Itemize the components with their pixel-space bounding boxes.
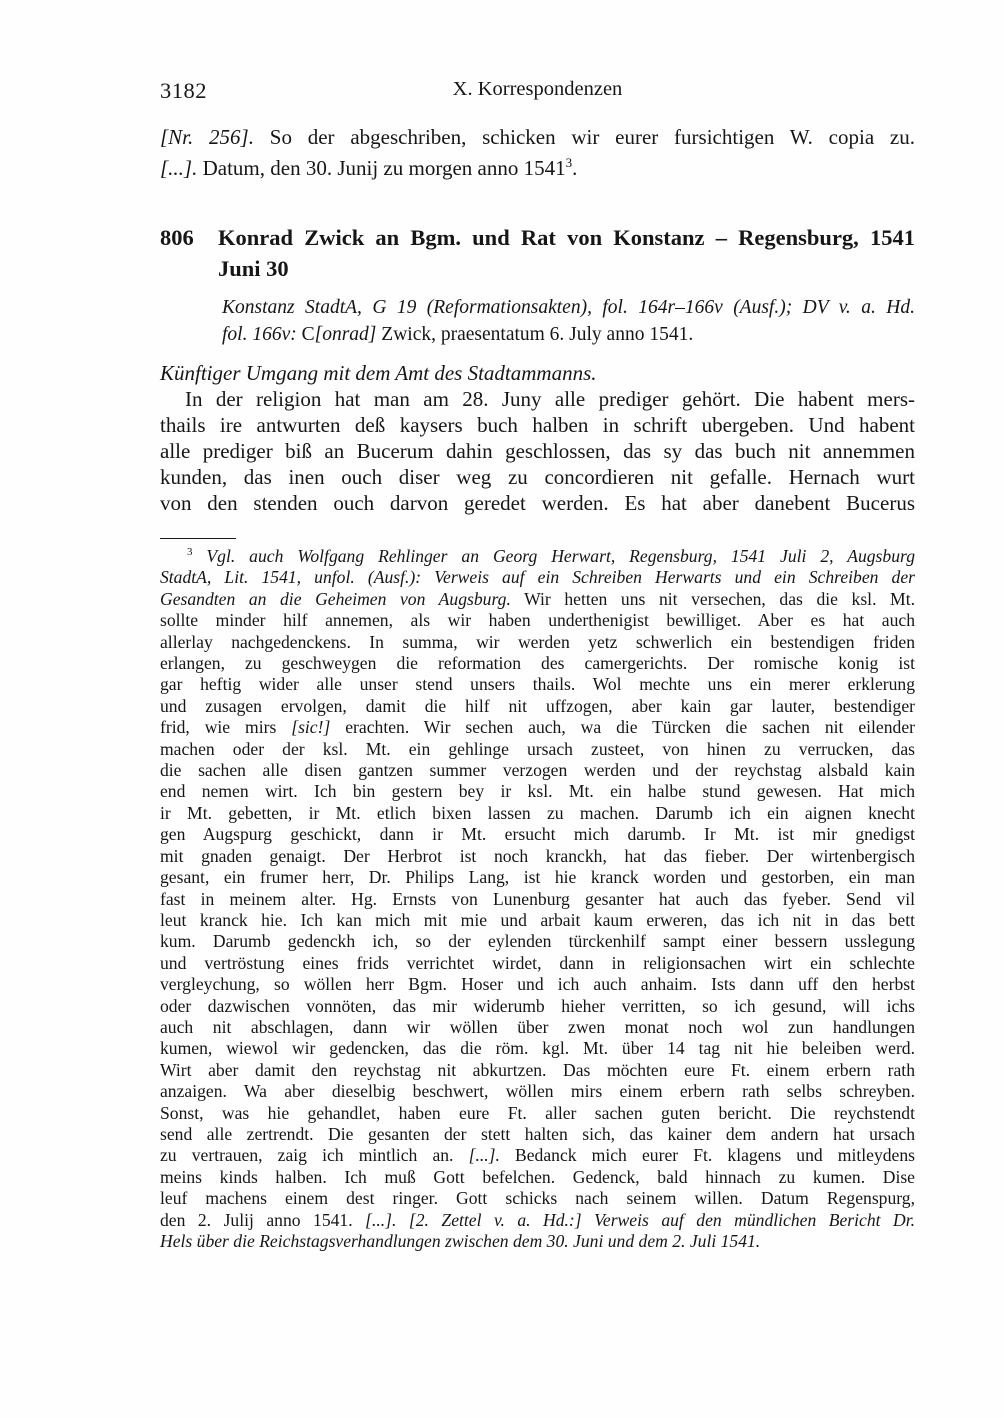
text-line: mit gnaden genaigt. Der Herbrot ist noch… xyxy=(160,846,915,867)
text-line: von den stenden ouch darvon geredet werd… xyxy=(160,490,915,516)
text-line: 3 Vgl. auch Wolfgang Rehlinger an Georg … xyxy=(160,546,915,567)
text-line: allerlay nachgedenckens. In summa, wir w… xyxy=(160,632,915,653)
running-head-title: X. Korrespondenzen xyxy=(160,78,915,101)
text-line: die sachen alle disen gantzen summer ver… xyxy=(160,760,915,781)
footnote: 3 Vgl. auch Wolfgang Rehlinger an Georg … xyxy=(160,546,915,1252)
text-line: gen Augspurg geschickt, dann ir Mt. ersu… xyxy=(160,824,915,845)
text-line: [Nr. 256]. So der abgeschriben, schicken… xyxy=(160,122,915,153)
text-line: und vertröstung eines frids verrichtet w… xyxy=(160,953,915,974)
text-line: Juni 30 xyxy=(218,253,915,284)
text-line: frid, wie mirs [sic!] erachten. Wir sech… xyxy=(160,717,915,738)
text-line: Hels über die Reichstagsverhandlungen zw… xyxy=(160,1231,915,1252)
footnote-separator-rule xyxy=(160,538,236,539)
text-line: zu vertrauen, zaig ich mintlich an. [...… xyxy=(160,1145,915,1166)
text-line: den 2. Julij anno 1541. [...]. [2. Zette… xyxy=(160,1210,915,1231)
text-column: 3182 X. Korrespondenzen [Nr. 256]. So de… xyxy=(160,78,915,1252)
book-page: 3182 X. Korrespondenzen [Nr. 256]. So de… xyxy=(0,0,1004,1418)
text-line: Konrad Zwick an Bgm. und Rat von Konstan… xyxy=(218,222,915,253)
text-line: fol. 166v: C[onrad] Zwick, praesentatum … xyxy=(222,321,915,348)
text-line: kumen, wiewol wir gedencken, das die röm… xyxy=(160,1038,915,1059)
text-line: thails ire antwurten deß kaysers buch ha… xyxy=(160,412,915,438)
carryover-paragraph: [Nr. 256]. So der abgeschriben, schicken… xyxy=(160,122,915,184)
text-line: Künftiger Umgang mit dem Amt des Stadtam… xyxy=(160,360,915,386)
text-line: StadtA, Lit. 1541, unfol. (Ausf.): Verwe… xyxy=(160,567,915,588)
text-line: In der religion hat man am 28. Juny alle… xyxy=(160,386,915,412)
text-line: ir Mt. gebetten, ir Mt. etlich bixen las… xyxy=(160,803,915,824)
entry-heading: 806 Konrad Zwick an Bgm. und Rat von Kon… xyxy=(160,222,915,284)
text-line: machen oder der ksl. Mt. ein gehlinge ur… xyxy=(160,739,915,760)
text-line: leut kranck hie. Ich kan mich mit mie un… xyxy=(160,910,915,931)
body-paragraph: In der religion hat man am 28. Juny alle… xyxy=(160,386,915,516)
source-note: Konstanz StadtA, G 19 (Reformationsakten… xyxy=(222,294,915,348)
entry-number: 806 xyxy=(160,222,218,284)
text-line: Konstanz StadtA, G 19 (Reformationsakten… xyxy=(222,294,915,321)
text-line: send alle zertrendt. Die gesanten der st… xyxy=(160,1124,915,1145)
text-line: sollte minder hilf annemen, als wir habe… xyxy=(160,610,915,631)
text-line: Wirt aber damit den reychstag nit abkurt… xyxy=(160,1060,915,1081)
regest-summary: Künftiger Umgang mit dem Amt des Stadtam… xyxy=(160,360,915,386)
text-line: Sonst, was hie gehandlet, haben eure Ft.… xyxy=(160,1103,915,1124)
text-line: [...]. Datum, den 30. Junij zu morgen an… xyxy=(160,153,915,184)
text-line: Gesandten an die Geheimen von Augsburg. … xyxy=(160,589,915,610)
text-line: alle prediger biß an Bucerum dahin gesch… xyxy=(160,438,915,464)
text-line: gesant, ein frumer herr, Dr. Philips Lan… xyxy=(160,867,915,888)
text-line: und zusagen ervolgen, damit die hilf nit… xyxy=(160,696,915,717)
text-line: erlangen, zu geschweygen die reformation… xyxy=(160,653,915,674)
text-line: leuf machens einem dest ringer. Gott sch… xyxy=(160,1188,915,1209)
text-line: anzaigen. Wa aber dieselbig beschwert, w… xyxy=(160,1081,915,1102)
text-line: kum. Darumb gedenckh ich, so der eylende… xyxy=(160,931,915,952)
text-line: oder dazwischen vonnöten, das mir wideru… xyxy=(160,996,915,1017)
text-line: kunden, das inen ouch diser weg zu conco… xyxy=(160,464,915,490)
text-line: fast in meinem alter. Hg. Ernsts von Lun… xyxy=(160,889,915,910)
text-line: vergleychung, so wöllen herr Bgm. Hoser … xyxy=(160,974,915,995)
text-line: end nemen wirt. Ich bin gestern bey ir k… xyxy=(160,781,915,802)
page-number: 3182 xyxy=(160,78,207,104)
running-head: 3182 X. Korrespondenzen xyxy=(160,78,915,108)
text-line: gar heftig wider alle unser stend unsers… xyxy=(160,674,915,695)
text-line: meins kinds halben. Ich muß Gott befelch… xyxy=(160,1167,915,1188)
text-line: auch nit abschlagen, dann wir wöllen übe… xyxy=(160,1017,915,1038)
entry-title: Konrad Zwick an Bgm. und Rat von Konstan… xyxy=(218,222,915,284)
